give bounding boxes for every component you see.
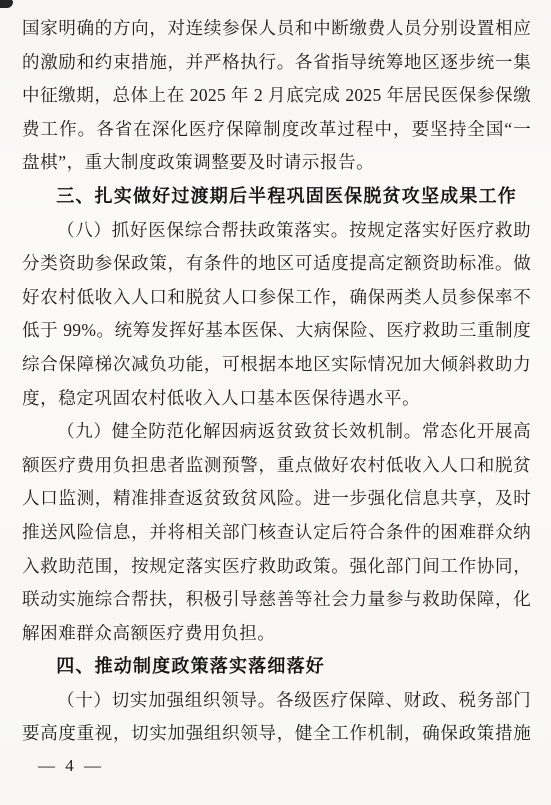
- text-line: （八）抓好医保综合帮扶政策落实。按规定落实好医疗救助: [22, 214, 531, 248]
- text-line: 好农村低收入人口和脱贫人口参保工作，确保两类人员参保率不: [22, 281, 531, 315]
- text-line: 低于 99%。统筹发挥好基本医保、大病保险、医疗救助三重制度: [22, 314, 531, 348]
- text-line: 度，稳定巩固农村低收入人口基本医保待遇水平。: [22, 382, 531, 416]
- text-line: 费工作。各省在深化医疗保障制度改革过程中，要坚持全国“一: [22, 113, 531, 147]
- scanned-document-page: 国家明确的方向，对连续参保人员和中断缴费人员分别设置相应的激励和约束措施，并严格…: [0, 0, 551, 805]
- text-line: 的激励和约束措施，并严格执行。各省指导统筹地区逐步统一集: [22, 46, 531, 80]
- text-line: 人口监测，精准排查返贫致贫风险。进一步强化信息共享，及时: [22, 482, 531, 516]
- text-line: 分类资助参保政策，有条件的地区可适度提高定额资助标准。做: [22, 247, 531, 281]
- section-heading: 三、扎实做好过渡期后半程巩固医保脱贫攻坚成果工作: [22, 180, 531, 214]
- text-line: 入救助范围，按规定落实医疗救助政策。强化部门间工作协同，: [22, 550, 531, 584]
- text-line: 推送风险信息，并将相关部门核查认定后符合条件的困难群众纳: [22, 516, 531, 550]
- text-line: 额医疗费用负担患者监测预警，重点做好农村低收入人口和脱贫: [22, 449, 531, 483]
- text-line: 解困难群众高额医疗费用负担。: [22, 617, 531, 651]
- page-number: — 4 —: [38, 756, 104, 776]
- section-heading: 四、推动制度政策落实落细落好: [22, 650, 531, 684]
- text-line: （九）健全防范化解因病返贫致贫长效机制。常态化开展高: [22, 415, 531, 449]
- text-line: （十）切实加强组织领导。各级医疗保障、财政、税务部门: [22, 684, 531, 718]
- text-line: 中征缴期，总体上在 2025 年 2 月底完成 2025 年居民医保参保缴: [22, 79, 531, 113]
- document-lines: 国家明确的方向，对连续参保人员和中断缴费人员分别设置相应的激励和约束措施，并严格…: [22, 12, 531, 751]
- text-line: 国家明确的方向，对连续参保人员和中断缴费人员分别设置相应: [22, 12, 531, 46]
- text-line: 联动实施综合帮扶，积极引导慈善等社会力量参与救助保障，化: [22, 583, 531, 617]
- text-line: 要高度重视，切实加强组织领导，健全工作机制，确保政策措施: [22, 717, 531, 751]
- scan-corner-artifact: [0, 0, 13, 8]
- text-line: 盘棋”，重大制度政策调整要及时请示报告。: [22, 146, 531, 180]
- text-line: 综合保障梯次减负功能，可根据本地区实际情况加大倾斜救助力: [22, 348, 531, 382]
